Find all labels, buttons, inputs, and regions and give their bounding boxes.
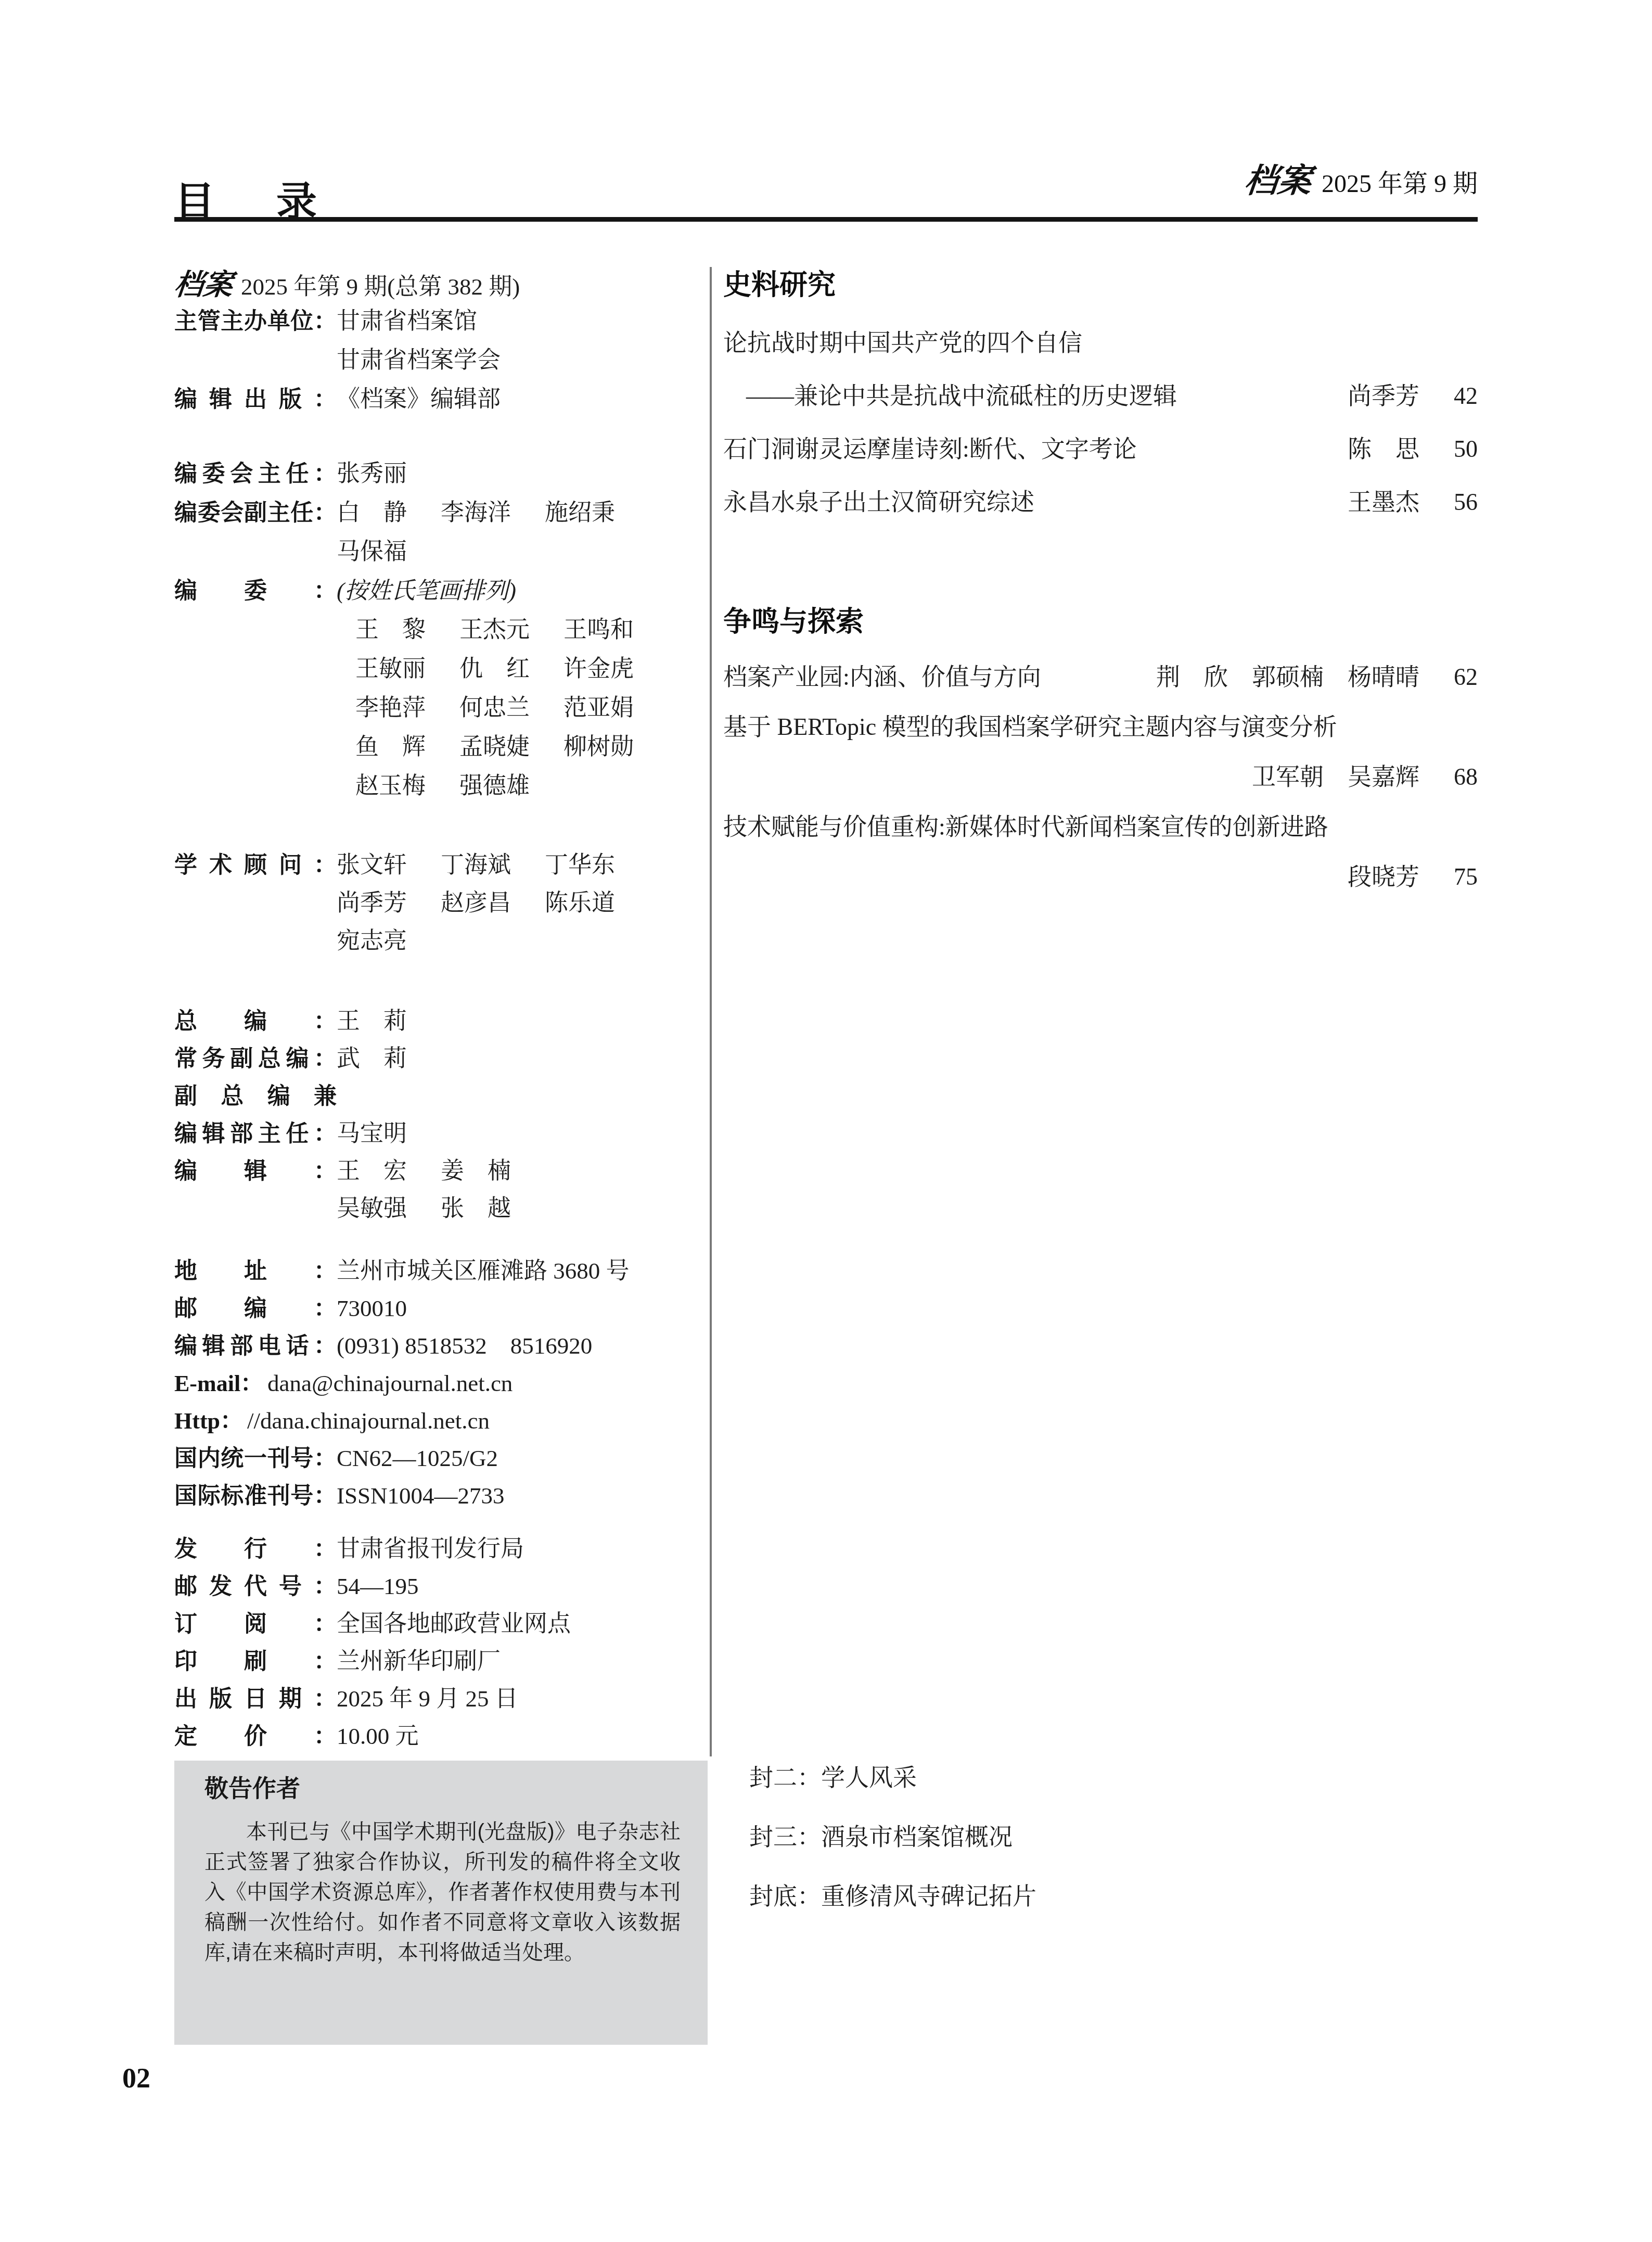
row-label: Http： (174, 1410, 243, 1433)
masthead-row: 常务副总编：武 莉 (174, 1047, 713, 1085)
name-entry: 王杰元 (459, 618, 564, 642)
row-value: 兰州市城关区雁滩路 3680 号 (337, 1258, 630, 1284)
notice-body: 本刊已与《中国学术期刊(光盘版)》电子杂志社正式签署了独家合作协议，所刊发的稿件… (204, 1817, 681, 1968)
masthead-row: 副总编兼 (174, 1085, 713, 1122)
row-value: CN62—1025/G2 (337, 1445, 498, 1471)
name-entry: 李海洋 (441, 501, 545, 525)
row-label: 出版日期： (174, 1688, 337, 1711)
toc-item: 论抗战时期中国共产党的四个自信 (723, 328, 1478, 359)
name-entry: 柳树勋 (564, 735, 668, 759)
toc-item-title: 档案产业园:内涵、价值与方向 (723, 662, 1041, 693)
row-label: 编委： (174, 580, 337, 603)
name-entry: 丁海斌 (441, 854, 545, 877)
editor-name-row: 赵玉梅强德雄 (174, 774, 713, 813)
section-gap (174, 1522, 713, 1537)
row-value: ISSN1004—2733 (337, 1483, 505, 1509)
row-label: 订阅： (174, 1613, 337, 1636)
masthead-row: 马保福 (174, 540, 713, 579)
masthead-row: 订阅：全国各地邮政营业网点 (174, 1612, 713, 1650)
journal-logo-small: 档案 (173, 271, 234, 300)
toc-item-title: 石门洞谢灵运摩崖诗刻:断代、文字考论 (723, 434, 1137, 465)
name-entry: 李艳萍 (355, 696, 459, 720)
editor-name-row: 王敏丽仇 红许金虎 (174, 657, 713, 696)
masthead-row: 编辑部主任：马宝明 (174, 1122, 713, 1160)
masthead-row: 编辑出版：《档案》编辑部 (174, 388, 713, 427)
masthead-row: 编辑部电话：(0931) 8518532 8516920 (174, 1334, 713, 1372)
masthead-section-issue: 档案2025 年第 9 期(总第 382 期) 主管主办单位：甘肃省档案馆 甘肃… (174, 271, 713, 427)
editor-name-row: 鱼 辉孟晓婕柳树勋 (174, 735, 713, 774)
header-rule (174, 217, 1478, 222)
masthead-row: E-mail：dana@chinajournal.net.cn (174, 1372, 713, 1409)
masthead-row: 印刷：兰州新华印刷厂 (174, 1650, 713, 1687)
toc-item: 基于 BERTopic 模型的我国档案学研究主题内容与演变分析 (723, 712, 1478, 743)
toc-item-page: 50 (1419, 434, 1478, 465)
row-label: 副总编兼 (174, 1085, 337, 1108)
name-entry: 陈乐道 (545, 891, 649, 915)
masthead-row: 学术顾问：张文轩丁海斌丁华东 (174, 854, 713, 891)
row-label: 邮编： (174, 1297, 337, 1320)
row-value: //dana.chinajournal.net.cn (247, 1408, 490, 1434)
row-value: 《档案》编辑部 (337, 386, 501, 412)
toc-item-subtitle: ——兼论中共是抗战中流砥柱的历史逻辑 (723, 381, 1177, 412)
toc-item-author: 尚季芳 (1348, 381, 1419, 412)
masthead-section-publication: 地址：兰州市城关区雁滩路 3680 号 邮编：730010 编辑部电话：(093… (174, 1259, 713, 1762)
row-label: 编辑出版： (174, 388, 337, 411)
journal-logo: 档案 (1243, 164, 1313, 198)
toc-item-author: 王墨杰 (1348, 487, 1419, 518)
masthead-row: 出版日期：2025 年 9 月 25 日 (174, 1687, 713, 1725)
editor-name-row: 王 黎王杰元王鸣和 (174, 618, 713, 657)
masthead-section-advisors: 学术顾问：张文轩丁海斌丁华东 尚季芳赵彦昌陈乐道 宛志亮 (174, 854, 713, 967)
row-label: 定价： (174, 1725, 337, 1748)
toc-item-page: 75 (1419, 862, 1478, 893)
masthead-row: 国际标准刊号：ISSN1004—2733 (174, 1484, 713, 1522)
masthead-section-editorial-board: 编委会主任：张秀丽 编委会副主任：白 静李海洋施绍秉 马保福 编委：(按姓氏笔画… (174, 462, 713, 813)
name-entry: 何忠兰 (459, 696, 564, 720)
toc-item-author: 陈 思 (1348, 434, 1419, 465)
row-label: 印刷： (174, 1650, 337, 1673)
masthead-row: Http：//dana.chinajournal.net.cn (174, 1409, 713, 1447)
toc-item-author: 荆 欣 郭硕楠 杨晴晴 (1156, 662, 1419, 693)
masthead-row: 总编：王 莉 (174, 1010, 713, 1047)
row-value: (0931) 8518532 8516920 (337, 1333, 592, 1359)
name-entry: 宛志亮 (337, 929, 441, 953)
issue-info: 2025 年第 9 期 (1322, 172, 1478, 197)
masthead-issue-line: 档案2025 年第 9 期(总第 382 期) (174, 271, 713, 310)
toc-item-title: 基于 BERTopic 模型的我国档案学研究主题内容与演变分析 (723, 712, 1337, 743)
row-value: 兰州新华印刷厂 (337, 1648, 501, 1674)
masthead-row: 吴敏强张 越 (174, 1197, 713, 1234)
toc-item-page: 62 (1419, 662, 1478, 693)
toc-item-page: 56 (1419, 487, 1478, 518)
row-label: 国际标准刊号： (174, 1485, 337, 1508)
row-label: 编辑： (174, 1160, 337, 1183)
row-value: (按姓氏笔画排列) (337, 578, 516, 604)
masthead-row: 定价：10.00 元 (174, 1725, 713, 1762)
masthead-row: 编委：(按姓氏笔画排列) (174, 579, 713, 618)
row-value: 马宝明 (337, 1120, 407, 1147)
page-number: 02 (122, 2064, 150, 2092)
name-entry: 鱼 辉 (355, 735, 459, 759)
name-entry: 尚季芳 (337, 891, 441, 915)
masthead-row: 国内统一刊号：CN62—1025/G2 (174, 1447, 713, 1484)
name-entry: 赵玉梅 (355, 774, 459, 798)
row-value: 全国各地邮政营业网点 (337, 1611, 571, 1637)
name-entry: 赵彦昌 (441, 891, 545, 915)
row-value: 武 莉 (337, 1046, 407, 1072)
row-value: 54—195 (337, 1573, 419, 1599)
cover-label: 封三： (749, 1824, 821, 1850)
cover-title: 重修清风寺碑记拓片 (821, 1883, 1036, 1909)
masthead-row: 地址：兰州市城关区雁滩路 3680 号 (174, 1259, 713, 1297)
masthead-row: 邮编：730010 (174, 1297, 713, 1334)
row-value: 甘肃省报刊发行局 (337, 1536, 524, 1562)
row-label: 总编： (174, 1010, 337, 1033)
name-entry: 许金虎 (564, 657, 668, 681)
cover-item: 封三：酒泉市档案馆概况 (749, 1825, 1013, 1849)
row-label: 发行： (174, 1538, 337, 1561)
toc-item-authors-line: 卫军朝 吴嘉辉 68 (723, 762, 1478, 793)
cover-title: 酒泉市档案馆概况 (821, 1824, 1013, 1850)
row-label: E-mail： (174, 1372, 263, 1395)
toc-item-title: 技术赋能与价值重构:新媒体时代新闻档案宣传的创新进路 (723, 812, 1328, 843)
name-entry: 范亚娟 (564, 696, 668, 720)
name-entry: 王 黎 (355, 618, 459, 642)
row-label: 编辑部电话： (174, 1335, 337, 1358)
name-entry: 王敏丽 (355, 657, 459, 681)
masthead-row: 编辑：王 宏姜 楠 (174, 1160, 713, 1197)
name-entry: 强德雄 (459, 774, 564, 798)
name-entry: 姜 楠 (441, 1160, 545, 1183)
name-entry: 白 静 (337, 501, 441, 525)
issue-line-text: 2025 年第 9 期(总第 382 期) (241, 274, 520, 300)
row-value: 甘肃省档案馆 (337, 308, 477, 334)
row-value: 10.00 元 (337, 1723, 419, 1749)
row-value: dana@chinajournal.net.cn (267, 1370, 513, 1396)
editor-name-row: 李艳萍何忠兰范亚娟 (174, 696, 713, 735)
toc-item-title: 永昌水泉子出土汉简研究综述 (723, 487, 1034, 518)
toc-item: 石门洞谢灵运摩崖诗刻:断代、文字考论 陈 思 50 (723, 434, 1478, 465)
masthead-row: 邮发代号：54—195 (174, 1575, 713, 1612)
cover-title: 学人风采 (821, 1764, 917, 1791)
row-label: 编委会主任： (174, 463, 337, 486)
masthead-row: 尚季芳赵彦昌陈乐道 (174, 891, 713, 929)
name-entry: 马保福 (337, 540, 441, 564)
cover-item: 封二：学人风采 (749, 1766, 917, 1790)
masthead-row: 甘肃省档案学会 (174, 349, 713, 388)
cover-label: 封二： (749, 1764, 821, 1791)
row-value: 2025 年 9 月 25 日 (337, 1686, 518, 1712)
row-label: 地址： (174, 1260, 337, 1283)
name-entry: 王 宏 (337, 1160, 441, 1183)
row-label: 常务副总编： (174, 1048, 337, 1071)
name-entry: 张文轩 (337, 854, 441, 877)
toc-item-author: 卫军朝 吴嘉辉 (1252, 762, 1419, 793)
name-entry: 丁华东 (545, 854, 649, 877)
row-label: 国内统一刊号： (174, 1447, 337, 1470)
notice-title: 敬告作者 (204, 1776, 681, 1800)
toc-item-authors-line: 段晓芳 75 (723, 862, 1478, 893)
row-value: 730010 (337, 1295, 407, 1321)
name-entry: 张 越 (441, 1197, 545, 1220)
toc-item: 档案产业园:内涵、价值与方向 荆 欣 郭硕楠 杨晴晴 62 (723, 662, 1478, 693)
name-entry: 仇 红 (459, 657, 564, 681)
toc-item-page: 68 (1419, 762, 1478, 793)
row-value: 甘肃省档案学会 (337, 347, 501, 373)
toc-item: 技术赋能与价值重构:新媒体时代新闻档案宣传的创新进路 (723, 812, 1478, 843)
toc-section-title: 争鸣与探索 (723, 608, 864, 636)
toc-section-title: 史料研究 (723, 271, 836, 299)
row-label: 学术顾问： (174, 854, 337, 877)
toc-item: 永昌水泉子出土汉简研究综述 王墨杰 56 (723, 487, 1478, 518)
name-entry: 孟晓婕 (459, 735, 564, 759)
name-entry: 吴敏强 (337, 1197, 441, 1220)
cover-item: 封底：重修清风寺碑记拓片 (749, 1884, 1036, 1908)
masthead-row: 编委会副主任：白 静李海洋施绍秉 (174, 501, 713, 540)
row-value: 王 莉 (337, 1008, 407, 1034)
row-label: 编委会副主任： (174, 502, 337, 525)
masthead-row: 编委会主任：张秀丽 (174, 462, 713, 501)
row-label: 主管主办单位： (174, 310, 337, 333)
toc-item-author: 段晓芳 (1348, 862, 1419, 893)
notice-box: 敬告作者 本刊已与《中国学术期刊(光盘版)》电子杂志社正式签署了独家合作协议，所… (174, 1761, 708, 2045)
name-entry: 王鸣和 (564, 618, 668, 642)
masthead-row: 主管主办单位：甘肃省档案馆 (174, 310, 713, 349)
row-label: 编辑部主任： (174, 1123, 337, 1145)
cover-label: 封底： (749, 1883, 821, 1909)
name-entry: 施绍秉 (545, 501, 649, 525)
masthead-row: 宛志亮 (174, 929, 713, 967)
toc-item: ——兼论中共是抗战中流砥柱的历史逻辑 尚季芳 42 (723, 381, 1478, 412)
journal-issue-header: 档案 2025 年第 9 期 (1245, 164, 1478, 198)
row-label: 邮发代号： (174, 1575, 337, 1598)
toc-item-title: 论抗战时期中国共产党的四个自信 (723, 328, 1082, 359)
masthead-row: 发行：甘肃省报刊发行局 (174, 1537, 713, 1575)
toc-item-page: 42 (1419, 381, 1478, 412)
row-value: 张秀丽 (337, 461, 407, 487)
masthead-section-editors: 总编：王 莉 常务副总编：武 莉 副总编兼 编辑部主任：马宝明 编辑：王 宏姜 … (174, 1010, 713, 1234)
